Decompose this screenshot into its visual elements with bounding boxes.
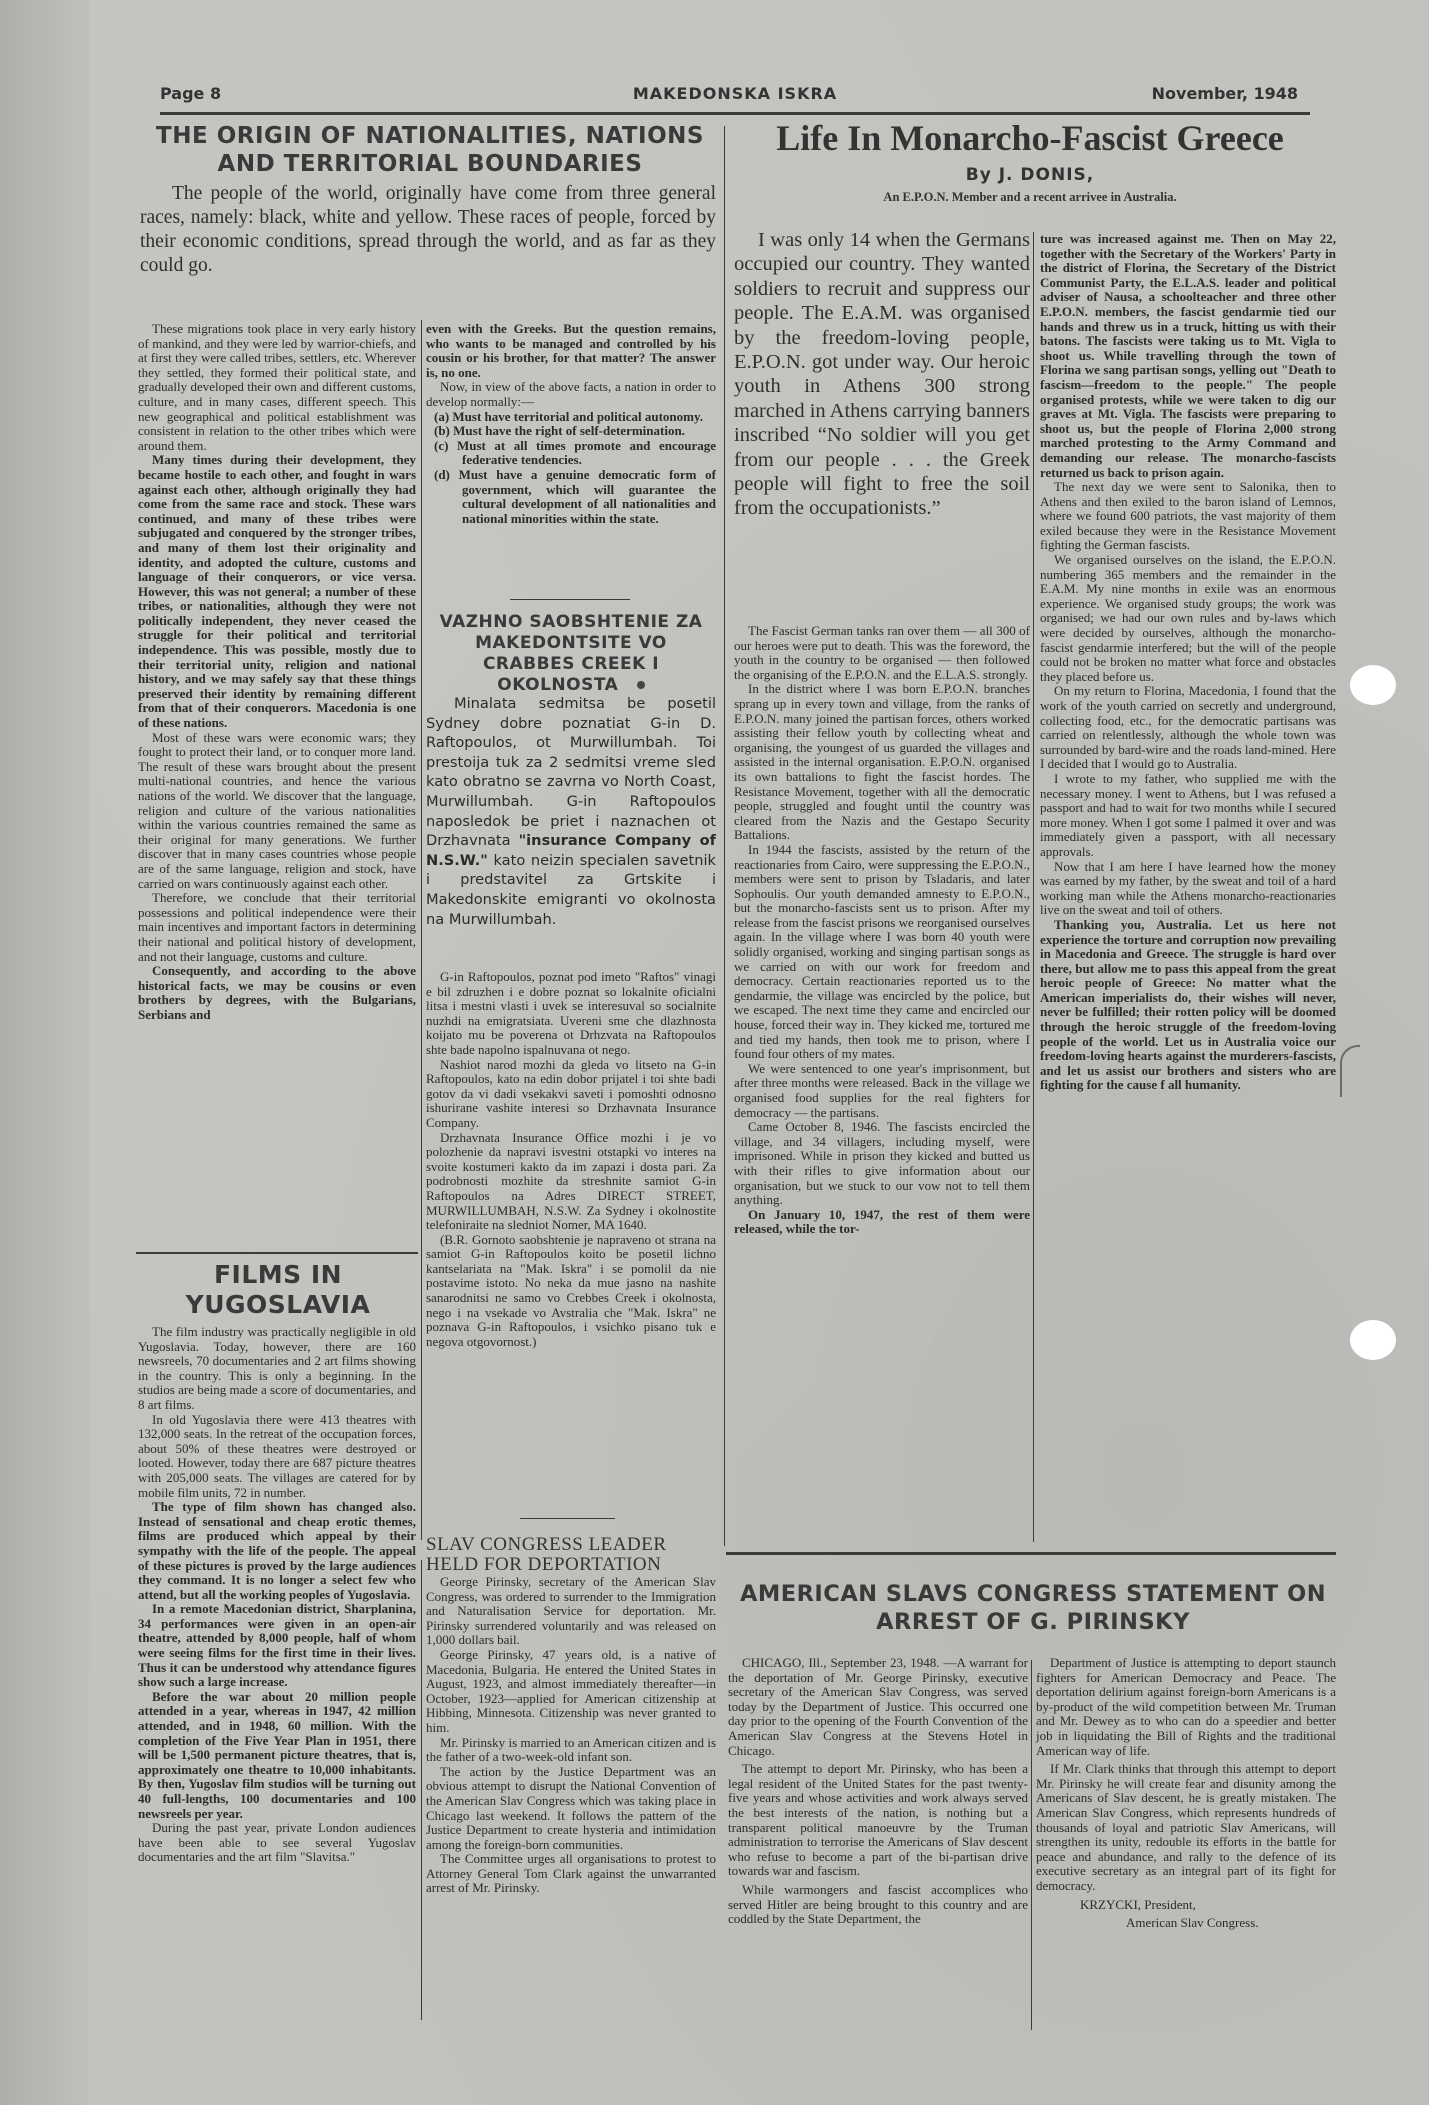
signature-name: KRZYCKI, President, (1036, 1898, 1336, 1913)
asc-column-2: Department of Justice is attempting to d… (1036, 1656, 1336, 1935)
section-rule (726, 1552, 1336, 1555)
paragraph: Now that I am here I have learned how th… (1040, 860, 1336, 918)
paragraph: The film industry was practically neglig… (138, 1325, 416, 1413)
pencil-mark (1340, 1045, 1360, 1097)
conditions-list: (a) Must have territorial and political … (426, 410, 716, 527)
vazhno-body: G-in Raftopoulos, poznat pod imeto "Raft… (426, 970, 716, 1349)
paragraph: The type of film shown has changed also.… (138, 1500, 416, 1602)
punch-hole (1350, 665, 1396, 705)
paragraph: Before the war about 20 million people a… (138, 1690, 416, 1821)
byline: By J. DONIS, (740, 165, 1320, 185)
slav-leader-headline: SLAV CONGRESS LEADER HELD FOR DEPORTATIO… (426, 1535, 716, 1575)
scan-edge (0, 0, 90, 2105)
life-headline: Life In Monarcho-Fascist Greece (740, 118, 1320, 158)
section-rule (136, 1252, 418, 1254)
origin-column-2: even with the Greeks. But the question r… (426, 322, 716, 526)
byline-subtitle: An E.P.O.N. Member and a recent arrivee … (740, 190, 1320, 204)
paragraph: Department of Justice is attempting to d… (1036, 1656, 1336, 1758)
newspaper-title: MAKEDONSKA ISKRA (160, 84, 1310, 103)
vazhno-headline: VAZHNO SAOBSHTENIE ZA MAKEDONTSITE VO CR… (426, 612, 716, 696)
paragraph: Most of these wars were economic wars; t… (138, 731, 416, 892)
paragraph: CHICAGO, Ill., September 23, 1948. —A wa… (728, 1656, 1028, 1758)
life-column-1: The Fascist German tanks ran over them —… (734, 624, 1030, 1237)
paragraph: These migrations took place in very earl… (138, 322, 416, 453)
issue-date: November, 1948 (1152, 84, 1298, 103)
paragraph: (B.R. Gornoto saobshtenie je napraveno o… (426, 1233, 716, 1350)
paragraph: The action by the Justice Department was… (426, 1765, 716, 1853)
paragraph: The attempt to deport Mr. Pirinsky, who … (728, 1762, 1028, 1879)
films-headline: FILMS IN YUGOSLAVIA (140, 1260, 416, 1320)
paragraph: G-in Raftopoulos, poznat pod imeto "Raft… (426, 970, 716, 1058)
paragraph: Drzhavnata Insurance Office mozhi i je v… (426, 1131, 716, 1233)
punch-hole (1350, 1320, 1396, 1360)
bullet-icon (637, 681, 645, 689)
paragraph: even with the Greeks. But the question r… (426, 322, 716, 380)
paragraph: If Mr. Clark thinks that through this at… (1036, 1762, 1336, 1893)
paragraph: On my return to Florina, Macedonia, I fo… (1040, 684, 1336, 772)
vazhno-lead-text: Minalata sedmitsa be posetil Sydney dobr… (426, 695, 716, 849)
vazhno-lead: Minalata sedmitsa be posetil Sydney dobr… (426, 694, 716, 929)
section-rule (520, 1518, 615, 1519)
paragraph: On January 10, 1947, the rest of them we… (734, 1208, 1030, 1237)
paragraph: I wrote to my father, who supplied me wi… (1040, 772, 1336, 860)
paragraph: In a remote Macedonian district, Sharpla… (138, 1602, 416, 1690)
condition-item: (c) Must at all times promote and encour… (426, 439, 716, 468)
paragraph: Thanking you, Australia. Let us here not… (1040, 918, 1336, 1093)
paragraph: Therefore, we conclude that their territ… (138, 891, 416, 964)
paragraph: During the past year, private London aud… (138, 1821, 416, 1865)
paragraph: The next day we were sent to Salonika, t… (1040, 480, 1336, 553)
paragraph: The Committee urges all organisations to… (426, 1852, 716, 1896)
paragraph: Now, in view of the above facts, a natio… (426, 380, 716, 409)
column-divider (1031, 1660, 1032, 2030)
asc-column-1: CHICAGO, Ill., September 23, 1948. —A wa… (728, 1656, 1028, 1931)
section-rule (510, 599, 630, 600)
paragraph: Mr. Pirinsky is married to an American c… (426, 1736, 716, 1765)
column-divider (724, 126, 725, 1546)
origin-lead: The people of the world, originally have… (140, 182, 716, 278)
paragraph: While warmongers and fascist accomplices… (728, 1883, 1028, 1927)
paragraph: The Fascist German tanks ran over them —… (734, 624, 1030, 682)
column-divider (421, 320, 422, 1540)
condition-item: (b) Must have the right of self-determin… (426, 424, 716, 439)
condition-item: (d) Must have a genuine democratic form … (426, 468, 716, 526)
paragraph: We organised ourselves on the island, th… (1040, 553, 1336, 684)
paragraph: In 1944 the fascists, assisted by the re… (734, 843, 1030, 1062)
masthead: Page 8 MAKEDONSKA ISKRA November, 1948 (160, 82, 1310, 115)
origin-column-1: These migrations took place in very earl… (138, 322, 416, 1023)
origin-headline: THE ORIGIN OF NATIONALITIES, NATIONS AND… (140, 122, 720, 178)
newspaper-page: Page 8 MAKEDONSKA ISKRA November, 1948 T… (0, 0, 1429, 2105)
paragraph: In old Yugoslavia there were 413 theatre… (138, 1413, 416, 1501)
signature-org: American Slav Congress. (1036, 1916, 1336, 1931)
paragraph: Many times during their development, the… (138, 453, 416, 730)
vazhno-headline-text: VAZHNO SAOBSHTENIE ZA MAKEDONTSITE VO CR… (440, 612, 703, 695)
paragraph: Came October 8, 1946. The fascists encir… (734, 1120, 1030, 1208)
paragraph: George Pirinsky, secretary of the Americ… (426, 1575, 716, 1648)
paragraph: ture was increased against me. Then on M… (1040, 232, 1336, 480)
paragraph: Consequently, and according to the above… (138, 964, 416, 1022)
slav-leader-body: George Pirinsky, secretary of the Americ… (426, 1575, 716, 1896)
paragraph: In the district where I was born E.P.O.N… (734, 682, 1030, 843)
paragraph: We were sentenced to one year's imprison… (734, 1062, 1030, 1120)
life-lead: I was only 14 when the Germans occupied … (734, 228, 1030, 521)
column-divider (421, 1560, 422, 2020)
condition-item: (a) Must have territorial and political … (426, 410, 716, 425)
column-divider (1033, 232, 1034, 1542)
life-column-2: ture was increased against me. Then on M… (1040, 232, 1336, 1093)
films-body: The film industry was practically neglig… (138, 1325, 416, 1865)
asc-headline: AMERICAN SLAVS CONGRESS STATEMENT ON ARR… (728, 1580, 1338, 1636)
life-lead-text: I was only 14 when the Germans occupied … (734, 228, 1030, 521)
paragraph: George Pirinsky, 47 years old, is a nati… (426, 1648, 716, 1736)
paragraph: Nashiot narod mozhi da gleda vo litseto … (426, 1058, 716, 1131)
